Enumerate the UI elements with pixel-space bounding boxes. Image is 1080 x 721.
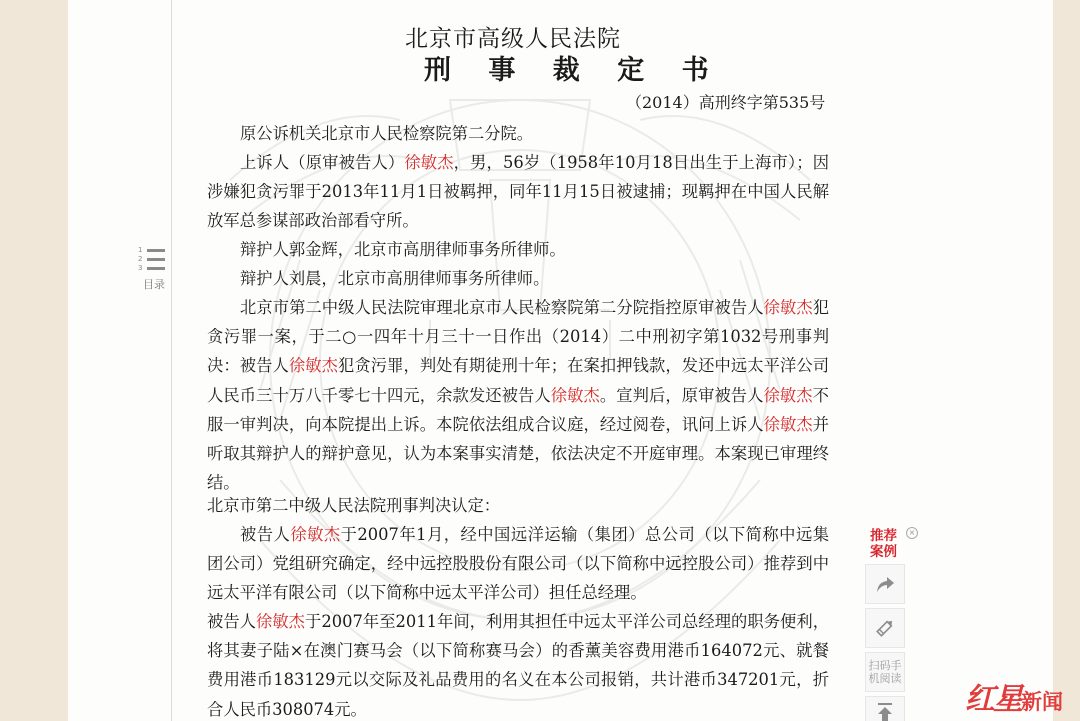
scan-qr-mobile-button[interactable]: 扫码手 机阅读	[865, 652, 905, 692]
paragraph-defender-1: 辩护人郭金辉，北京市高朋律师事务所律师。	[207, 235, 829, 264]
paragraph-appellant: 上诉人（原审被告人）徐敏杰，男，56岁（1958年10月18日出生于上海市）；因…	[207, 148, 829, 236]
document-title: 刑 事 裁 定 书	[424, 48, 723, 87]
case-number: （2014）高刑终字第535号	[626, 90, 825, 113]
edit-button[interactable]	[865, 608, 905, 648]
paragraph-finding-1: 被告人徐敏杰于2007年1月，经中国远洋运输（集团）总公司（以下简称中远集团公司…	[207, 520, 829, 608]
paragraph-finding-2: 被告人徐敏杰于2007年至2011年间，利用其担任中远太平洋公司总经理的职务便利…	[207, 607, 829, 721]
content-divider	[171, 0, 172, 721]
toc-label: 目录	[136, 276, 172, 292]
share-button[interactable]	[865, 564, 905, 604]
toc-button[interactable]: 1 2 3 目录	[136, 246, 172, 292]
defendant-name-highlight: 徐敏杰	[551, 386, 600, 405]
side-toolbar: 推荐案例 × 扫码手 机阅读	[865, 528, 907, 721]
paragraph-finding-heading: 北京市第二中级人民法院刑事判决认定：	[207, 491, 829, 520]
defendant-name-highlight: 徐敏杰	[290, 525, 340, 544]
paragraph-defender-2: 辩护人刘晨，北京市高朋律师事务所律师。	[207, 264, 829, 293]
defendant-name-highlight: 徐敏杰	[764, 415, 813, 434]
pencil-icon	[874, 617, 896, 639]
brand-logo: 红星新闻	[965, 674, 1063, 718]
toc-list-icon: 1 2 3	[138, 246, 168, 276]
defendant-name-highlight: 徐敏杰	[289, 356, 338, 375]
close-icon[interactable]: ×	[906, 527, 918, 539]
back-to-top-button[interactable]	[865, 696, 905, 721]
share-arrow-icon	[875, 575, 895, 593]
defendant-name-highlight: 徐敏杰	[256, 612, 305, 631]
paragraph-prosecutor: 原公诉机关北京市人民检察院第二分院。	[207, 119, 829, 148]
defendant-name-highlight: 徐敏杰	[764, 386, 813, 405]
defendant-name-highlight: 徐敏杰	[404, 153, 453, 172]
defendant-name-highlight: 徐敏杰	[764, 298, 813, 317]
recommended-cases-link[interactable]: 推荐案例	[870, 528, 900, 560]
paragraph-case-history: 北京市第二中级人民法院审理北京市人民检察院第二分院指控原审被告人徐敏杰犯贪污罪一…	[207, 293, 829, 497]
arrow-up-icon	[876, 703, 894, 721]
